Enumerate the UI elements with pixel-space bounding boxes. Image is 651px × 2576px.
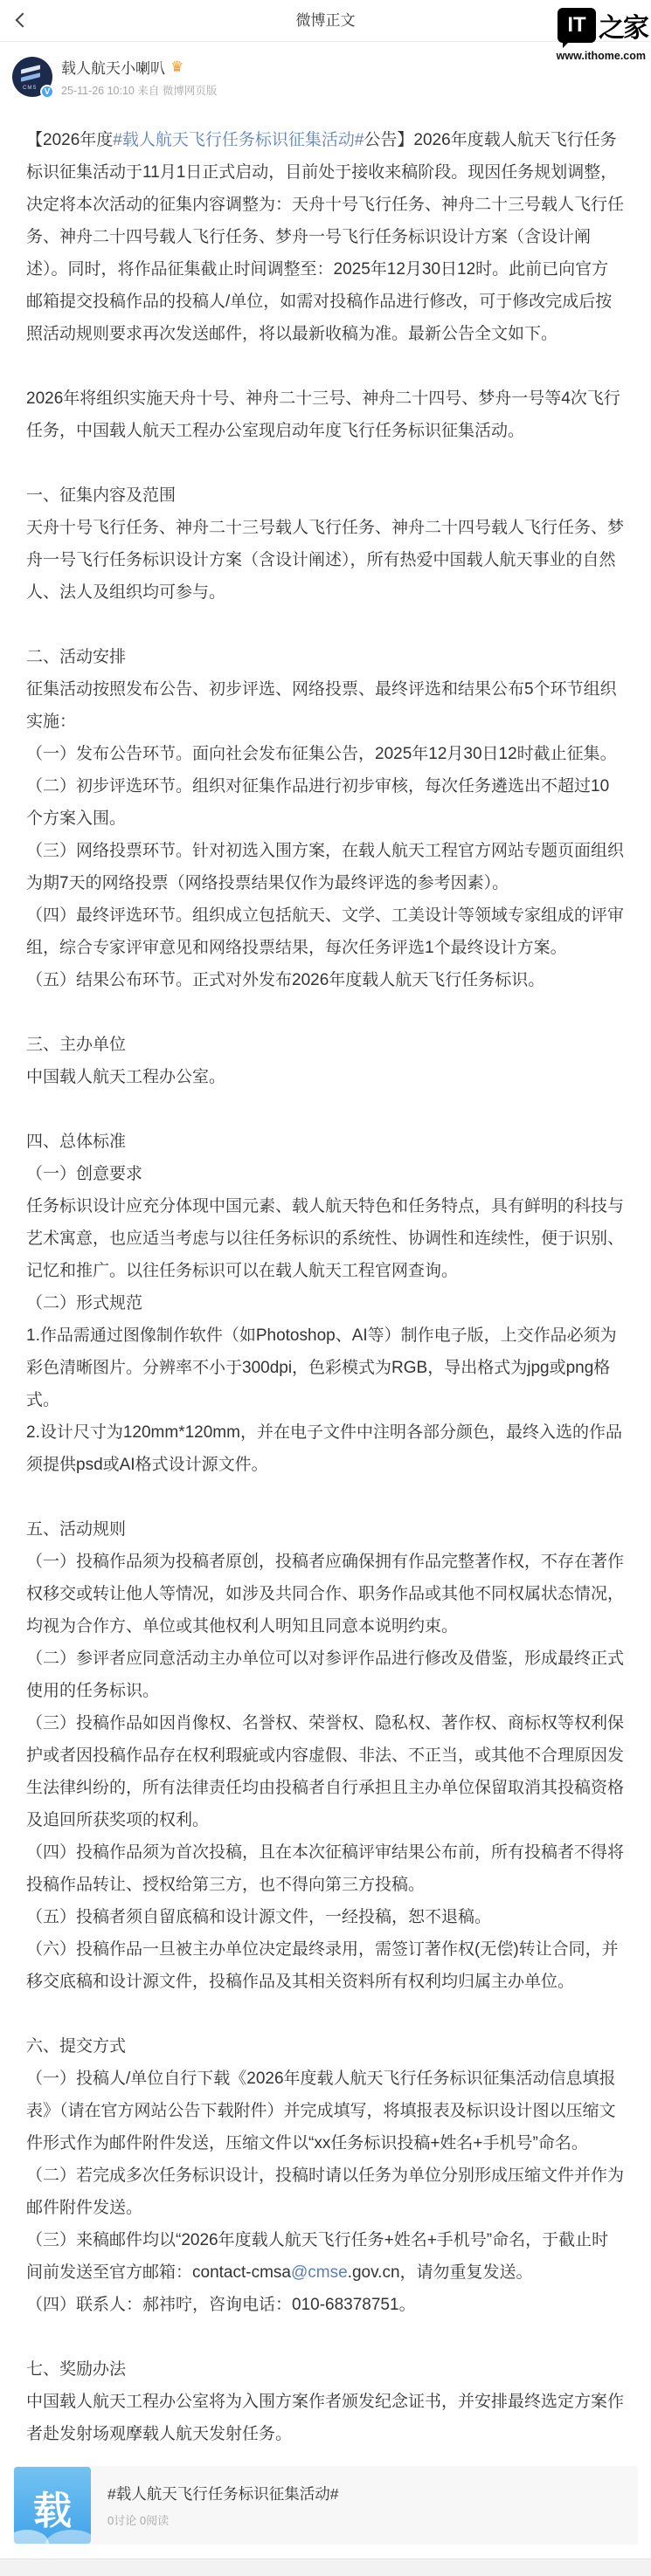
author-name[interactable]: 载人航天小喇叭 — [61, 56, 165, 78]
post-paragraph: 二、活动安排 征集活动按照发布公告、初步评选、网络投票、最终评选和结果公布5个环… — [26, 641, 625, 996]
source-link[interactable]: 微博网页版 — [163, 85, 218, 97]
inline-link[interactable]: #载人航天飞行任务标识征集活动# — [113, 131, 364, 149]
back-chevron-icon — [16, 13, 31, 28]
topic-title: #载人航天飞行任务标识征集活动# — [107, 2483, 338, 2504]
weibo-post-page: 微博正文 IT 之家 www.ithome.com CMS V 载人航天小喇叭 … — [0, 0, 651, 2576]
back-button[interactable] — [5, 0, 40, 42]
text-segment: 【2026年度 — [26, 131, 113, 149]
topic-stats: 0讨论 0阅读 — [107, 2511, 338, 2528]
post-timestamp: 25-11-26 10:10 — [61, 85, 135, 97]
topic-icon: 载 — [14, 2467, 91, 2544]
post-paragraph: 七、奖励办法 中国载人航天工程办公室将为入围方案作者颁发纪念证书，并安排最终选定… — [26, 2353, 625, 2450]
post-paragraph: 四、总体标准 （一）创意要求 任务标识设计应充分体现中国元素、载人航天特色和任务… — [26, 1126, 625, 1481]
text-segment: 六、提交方式 （一）投稿人/单位自行下载《2026年度载人航天飞行任务标识征集活… — [26, 2037, 624, 2282]
post-paragraph: 一、征集内容及范围 天舟十号飞行任务、神舟二十三号载人飞行任务、神舟二十四号载人… — [26, 479, 625, 609]
post-paragraph: 六、提交方式 （一）投稿人/单位自行下载《2026年度载人航天飞行任务标识征集活… — [26, 2030, 625, 2321]
source-prefix: 来自 — [137, 85, 159, 97]
text-segment: 三、主办单位 中国载人航天工程办公室。 — [26, 1036, 225, 1086]
verified-badge-icon: V — [40, 85, 54, 99]
avatar[interactable]: CMS V — [12, 57, 52, 97]
topic-card[interactable]: 载 #载人航天飞行任务标识征集活动# 0讨论 0阅读 — [13, 2466, 638, 2545]
footer-divider — [0, 2559, 651, 2576]
text-segment: 五、活动规则 （一）投稿作品须为投稿者原创，投稿者应确保拥有作品完整著作权，不存… — [26, 1520, 624, 1991]
ithome-url: www.ithome.com — [541, 50, 648, 62]
text-segment: 二、活动安排 征集活动按照发布公告、初步评选、网络投票、最终评选和结果公布5个环… — [26, 648, 624, 989]
ithome-logo-calligraphy: 之家 — [599, 6, 648, 45]
text-segment: 七、奖励办法 中国载人航天工程办公室将为入围方案作者颁发纪念证书，并安排最终选定… — [26, 2360, 624, 2443]
ithome-logo-icon: IT — [558, 8, 596, 43]
text-segment: 公告】2026年度载人航天飞行任务标识征集活动于11月1日正式启动，目前处于接收… — [26, 131, 624, 343]
post-paragraph: 五、活动规则 （一）投稿作品须为投稿者原创，投稿者应确保拥有作品完整著作权，不存… — [26, 1513, 625, 1998]
post-paragraph: 2026年将组织实施天舟十号、神舟二十三号、神舟二十四号、梦舟一号等4次飞行任务… — [26, 382, 625, 447]
post-paragraph: 【2026年度#载人航天飞行任务标识征集活动#公告】2026年度载人航天飞行任务… — [26, 124, 625, 350]
text-segment: 一、征集内容及范围 天舟十号飞行任务、神舟二十三号载人飞行任务、神舟二十四号载人… — [26, 486, 624, 602]
inline-link[interactable]: @cmse — [291, 2263, 348, 2282]
member-crown-icon: ♛ — [170, 59, 184, 74]
text-segment: 四、总体标准 （一）创意要求 任务标识设计应充分体现中国元素、载人航天特色和任务… — [26, 1133, 624, 1474]
ithome-watermark: IT 之家 www.ithome.com — [541, 6, 648, 62]
text-segment: 2026年将组织实施天舟十号、神舟二十三号、神舟二十四号、梦舟一号等4次飞行任务… — [26, 389, 620, 440]
post-meta: 25-11-26 10:10 来自 微博网页版 — [61, 82, 217, 98]
post-paragraph: 三、主办单位 中国载人航天工程办公室。 — [26, 1029, 625, 1093]
post-body: 【2026年度#载人航天飞行任务标识征集活动#公告】2026年度载人航天飞行任务… — [0, 98, 651, 2450]
